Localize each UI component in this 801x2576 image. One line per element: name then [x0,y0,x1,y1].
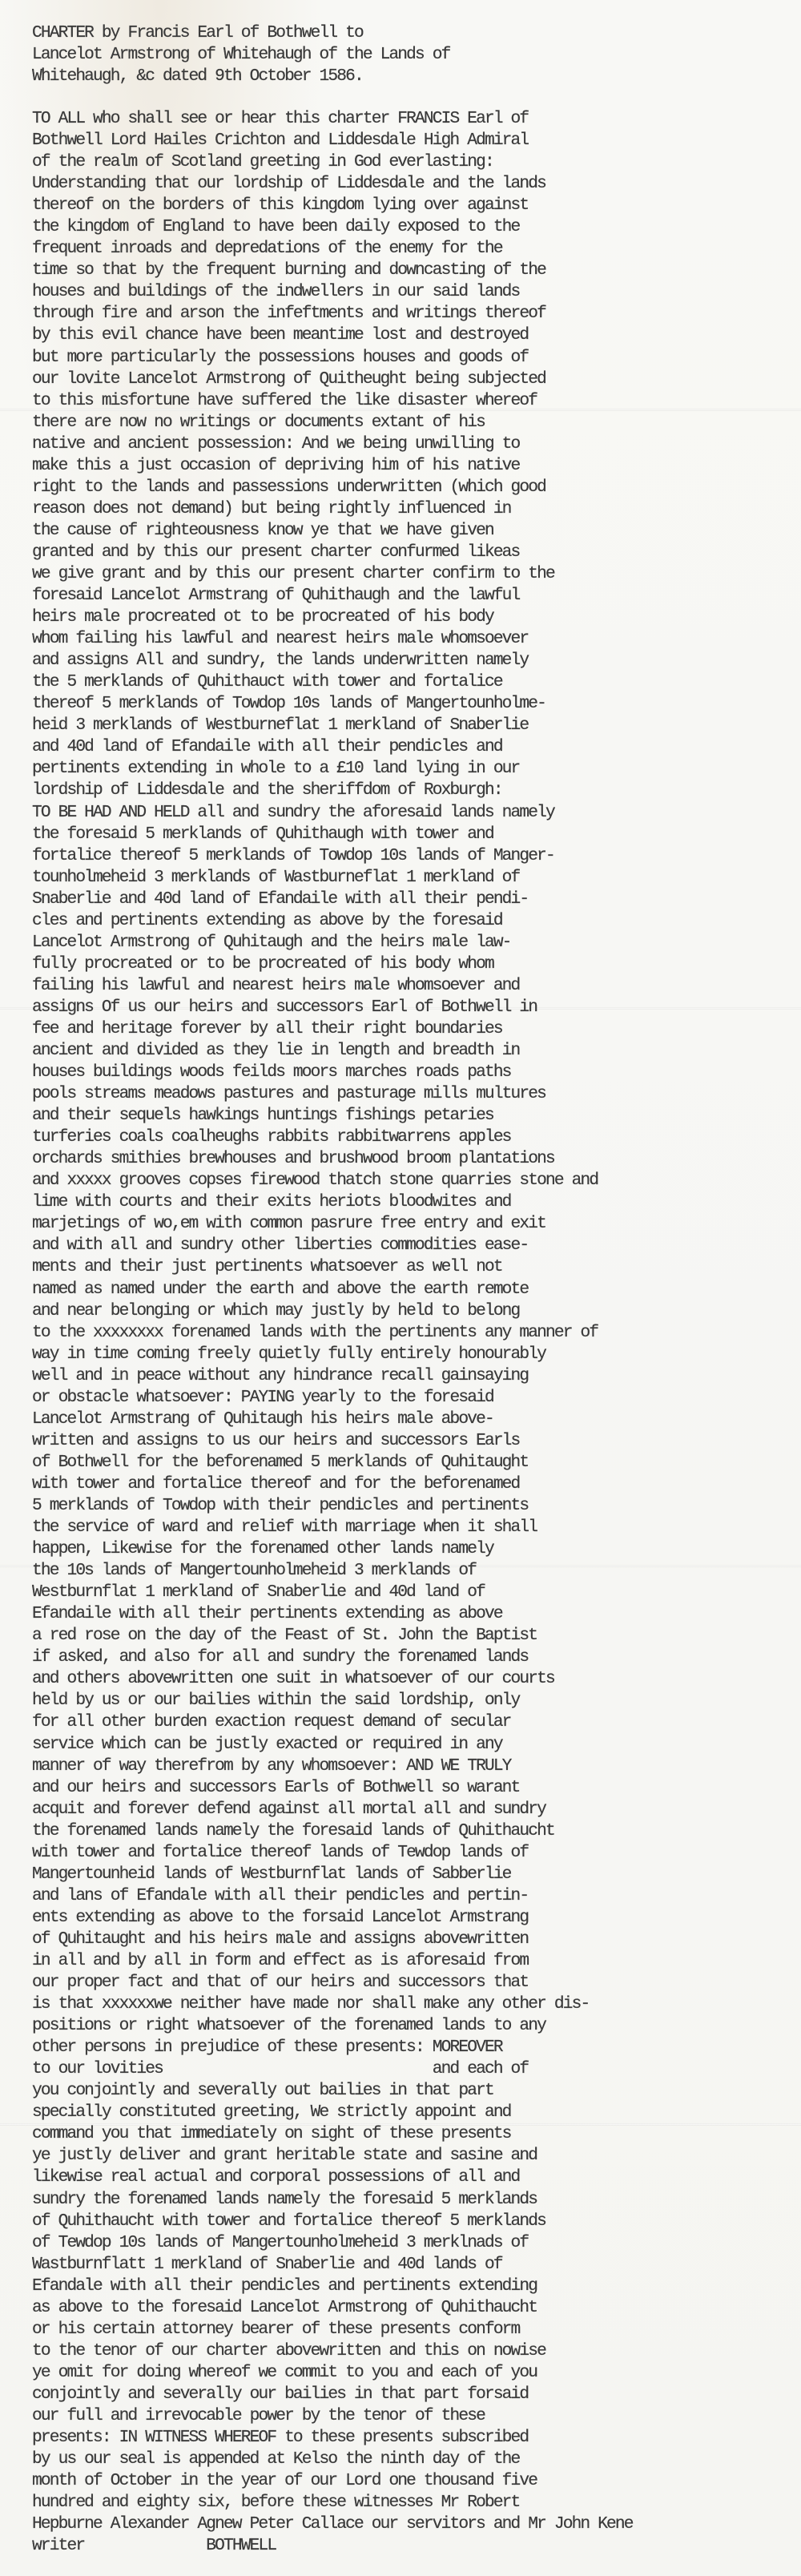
body-line: Hepburne Alexander Agnew Peter Callace o… [32,2514,633,2535]
body-line: ye justly deliver and grant heritable st… [32,2145,633,2167]
body-line: native and ancient possession: And we be… [32,433,633,455]
body-line: by this evil chance have been meantime l… [32,325,633,346]
body-line: with tower and fortalice thereof lands o… [32,1842,633,1864]
body-line: ancient and divided as they lie in lengt… [32,1040,633,1062]
body-line: of the realm of Scotland greeting in God… [32,151,633,173]
body-line: heirs male procreated ot to be procreate… [32,607,633,628]
body-line: to this misfortune have suffered the lik… [32,390,633,412]
body-line: month of October in the year of our Lord… [32,2470,633,2492]
body-line: written and assigns to us our heirs and … [32,1430,633,1452]
title-line: Lancelot Armstrong of Whitehaugh of the … [32,44,450,66]
body-line: to our lovities and each of [32,2058,633,2080]
body-line: happen, Likewise for the forenamed other… [32,1538,633,1560]
body-line: thereof 5 merklands of Towdop 10s lands … [32,693,633,715]
body-line: conjointly and severally our bailies in … [32,2384,633,2405]
body-line: make this a just occasion of depriving h… [32,455,633,477]
title-line: Whitehaugh, &c dated 9th October 1586. [32,66,450,87]
body-line: fortalice thereof 5 merklands of Towdop … [32,845,633,867]
body-line: of Tewdop 10s lands of Mangertounholmehe… [32,2232,633,2254]
body-line: frequent inroads and depredations of the… [32,238,633,260]
body-line: thereof on the borders of this kingdom l… [32,195,633,216]
body-line: specially constituted greeting, We stric… [32,2102,633,2123]
body-line: of Quhitaught and his heirs male and ass… [32,1929,633,1950]
body-line: and their sequels hawkings huntings fish… [32,1105,633,1127]
body-line: Snaberlie and 40d land of Efandaile with… [32,889,633,910]
body-line: you conjointly and severally out bailies… [32,2080,633,2102]
body-line: and near belonging or which may justly b… [32,1300,633,1322]
body-line: there are now no writings or documents e… [32,412,633,433]
body-line: assigns Of us our heirs and successors E… [32,997,633,1018]
body-line: of Bothwell for the beforenamed 5 merkla… [32,1452,633,1473]
body-line: held by us or our bailies within the sai… [32,1690,633,1711]
body-line: likewise real actual and corporal posses… [32,2167,633,2188]
charter-title: CHARTER by Francis Earl of Bothwell toLa… [32,22,450,87]
body-line: pertinents extending in whole to a £10 l… [32,758,633,780]
body-line: Efandale with all their pendicles and pe… [32,2276,633,2297]
body-line: Lancelot Armstrong of Quhitaugh and the … [32,932,633,953]
body-line: the forenamed lands namely the foresaid … [32,1820,633,1842]
body-line: cles and pertinents extending as above b… [32,910,633,932]
body-line: to the tenor of our charter abovewritten… [32,2340,633,2362]
body-line: sundry the forenamed lands namely the fo… [32,2189,633,2211]
body-line: the kingdom of England to have been dail… [32,216,633,238]
charter-body: TO ALL who shall see or hear this charte… [32,108,633,2557]
body-line: service which can be justly exacted or r… [32,1734,633,1756]
body-line: ments and their just pertinents whatsoev… [32,1256,633,1278]
body-line: with tower and fortalice thereof and for… [32,1473,633,1495]
document-page: CHARTER by Francis Earl of Bothwell toLa… [0,0,801,2576]
body-line: fee and heritage forever by all their ri… [32,1018,633,1040]
body-line: writer BOTHWELL [32,2535,633,2557]
body-line: by us our seal is appended at Kelso the … [32,2449,633,2470]
body-line: positions or right whatsoever of the for… [32,2015,633,2037]
body-line: and with all and sundry other liberties … [32,1235,633,1256]
body-line: Bothwell Lord Hailes Crichton and Liddes… [32,130,633,151]
body-line: a red rose on the day of the Feast of St… [32,1625,633,1647]
body-line: tounholmeheid 3 merklands of Wastburnefl… [32,867,633,889]
body-line: our full and irrevocable power by the te… [32,2405,633,2427]
body-line: ye omit for doing whereof we commit to y… [32,2362,633,2384]
body-line: lordship of Liddesdale and the sheriffdo… [32,780,633,801]
body-line: other persons in prejudice of these pres… [32,2037,633,2058]
body-line: reason does not demand) but being rightl… [32,498,633,520]
body-line: heid 3 merklands of Westburneflat 1 merk… [32,715,633,736]
body-line: the foresaid 5 merklands of Quhithaugh w… [32,824,633,845]
body-line: Westburnflat 1 merkland of Snaberlie and… [32,1582,633,1603]
body-line: for all other burden exaction request de… [32,1711,633,1733]
body-line: and assigns All and sundry, the lands un… [32,650,633,671]
body-line: the 5 merklands of Quhithauct with tower… [32,671,633,693]
body-line: Understanding that our lordship of Lidde… [32,173,633,195]
body-line: our lovite Lancelot Armstrong of Quitheu… [32,369,633,390]
body-line: presents: IN WITNESS WHEREOF to these pr… [32,2427,633,2449]
body-line: hundred and eighty six, before these wit… [32,2492,633,2514]
body-line: but more particularly the possessions ho… [32,347,633,369]
body-line: fully procreated or to be procreated of … [32,953,633,975]
body-line: and others abovewritten one suit in what… [32,1668,633,1690]
body-line: granted and by this our present charter … [32,542,633,563]
body-line: and xxxxx grooves copses firewood thatch… [32,1170,633,1191]
body-line: pools streams meadows pastures and pastu… [32,1083,633,1105]
body-line: lime with courts and their exits heriots… [32,1191,633,1213]
body-line: or his certain attorney bearer of these … [32,2319,633,2340]
body-line: as above to the foresaid Lancelot Armstr… [32,2297,633,2319]
body-line: is that xxxxxxwe neither have made nor s… [32,1993,633,2015]
body-line: or obstacle whatsoever: PAYING yearly to… [32,1387,633,1409]
body-line: failing his lawful and nearest heirs mal… [32,975,633,997]
body-line: ents extending as above to the forsaid L… [32,1907,633,1929]
body-line: time so that by the frequent burning and… [32,260,633,281]
body-line: the service of ward and relief with marr… [32,1517,633,1538]
body-line: we give grant and by this our present ch… [32,563,633,585]
body-line: orchards smithies brewhouses and brushwo… [32,1148,633,1170]
body-line: whom failing his lawful and nearest heir… [32,628,633,650]
body-line: houses and buildings of the indwellers i… [32,281,633,303]
body-line: TO BE HAD AND HELD all and sundry the af… [32,802,633,824]
body-line: the cause of righteousness know ye that … [32,520,633,542]
body-line: right to the lands and passessions under… [32,477,633,498]
body-line: way in time coming freely quietly fully … [32,1344,633,1365]
body-line: houses buildings woods feilds moors marc… [32,1062,633,1083]
body-line: and 40d land of Efandaile with all their… [32,736,633,758]
body-line: in all and by all in form and effect as … [32,1950,633,1972]
body-line: turferies coals coalheughs rabbits rabbi… [32,1127,633,1148]
body-line: and lans of Efandale with all their pend… [32,1885,633,1907]
body-line: our proper fact and that of our heirs an… [32,1972,633,1993]
body-line: if asked, and also for all and sundry th… [32,1647,633,1668]
body-line: of Quhithaucht with tower and fortalice … [32,2211,633,2232]
body-line: marjetings of wo,em with common pasrure … [32,1213,633,1235]
body-line: through fire and arson the infeftments a… [32,303,633,325]
body-line: Mangertounheid lands of Westburnflat lan… [32,1864,633,1885]
body-line: manner of way therefrom by any whomsoeve… [32,1756,633,1777]
body-line: well and in peace without any hindrance … [32,1365,633,1387]
body-line: foresaid Lancelot Armstrang of Quhithaug… [32,585,633,607]
body-line: TO ALL who shall see or hear this charte… [32,108,633,130]
body-line: the 10s lands of Mangertounholmeheid 3 m… [32,1560,633,1582]
body-line: Wastburnflatt 1 merkland of Snaberlie an… [32,2254,633,2276]
body-line: 5 merklands of Towdop with their pendicl… [32,1495,633,1517]
body-line: to the xxxxxxxx forenamed lands with the… [32,1322,633,1344]
body-line: and our heirs and successors Earls of Bo… [32,1777,633,1799]
body-line: Efandaile with all their pertinents exte… [32,1603,633,1625]
body-line: Lancelot Armstrang of Quhitaugh his heir… [32,1409,633,1430]
body-line: named as named under the earth and above… [32,1279,633,1300]
body-line: command you that immediately on sight of… [32,2123,633,2145]
title-line: CHARTER by Francis Earl of Bothwell to [32,22,450,44]
body-line: acquit and forever defend against all mo… [32,1799,633,1820]
